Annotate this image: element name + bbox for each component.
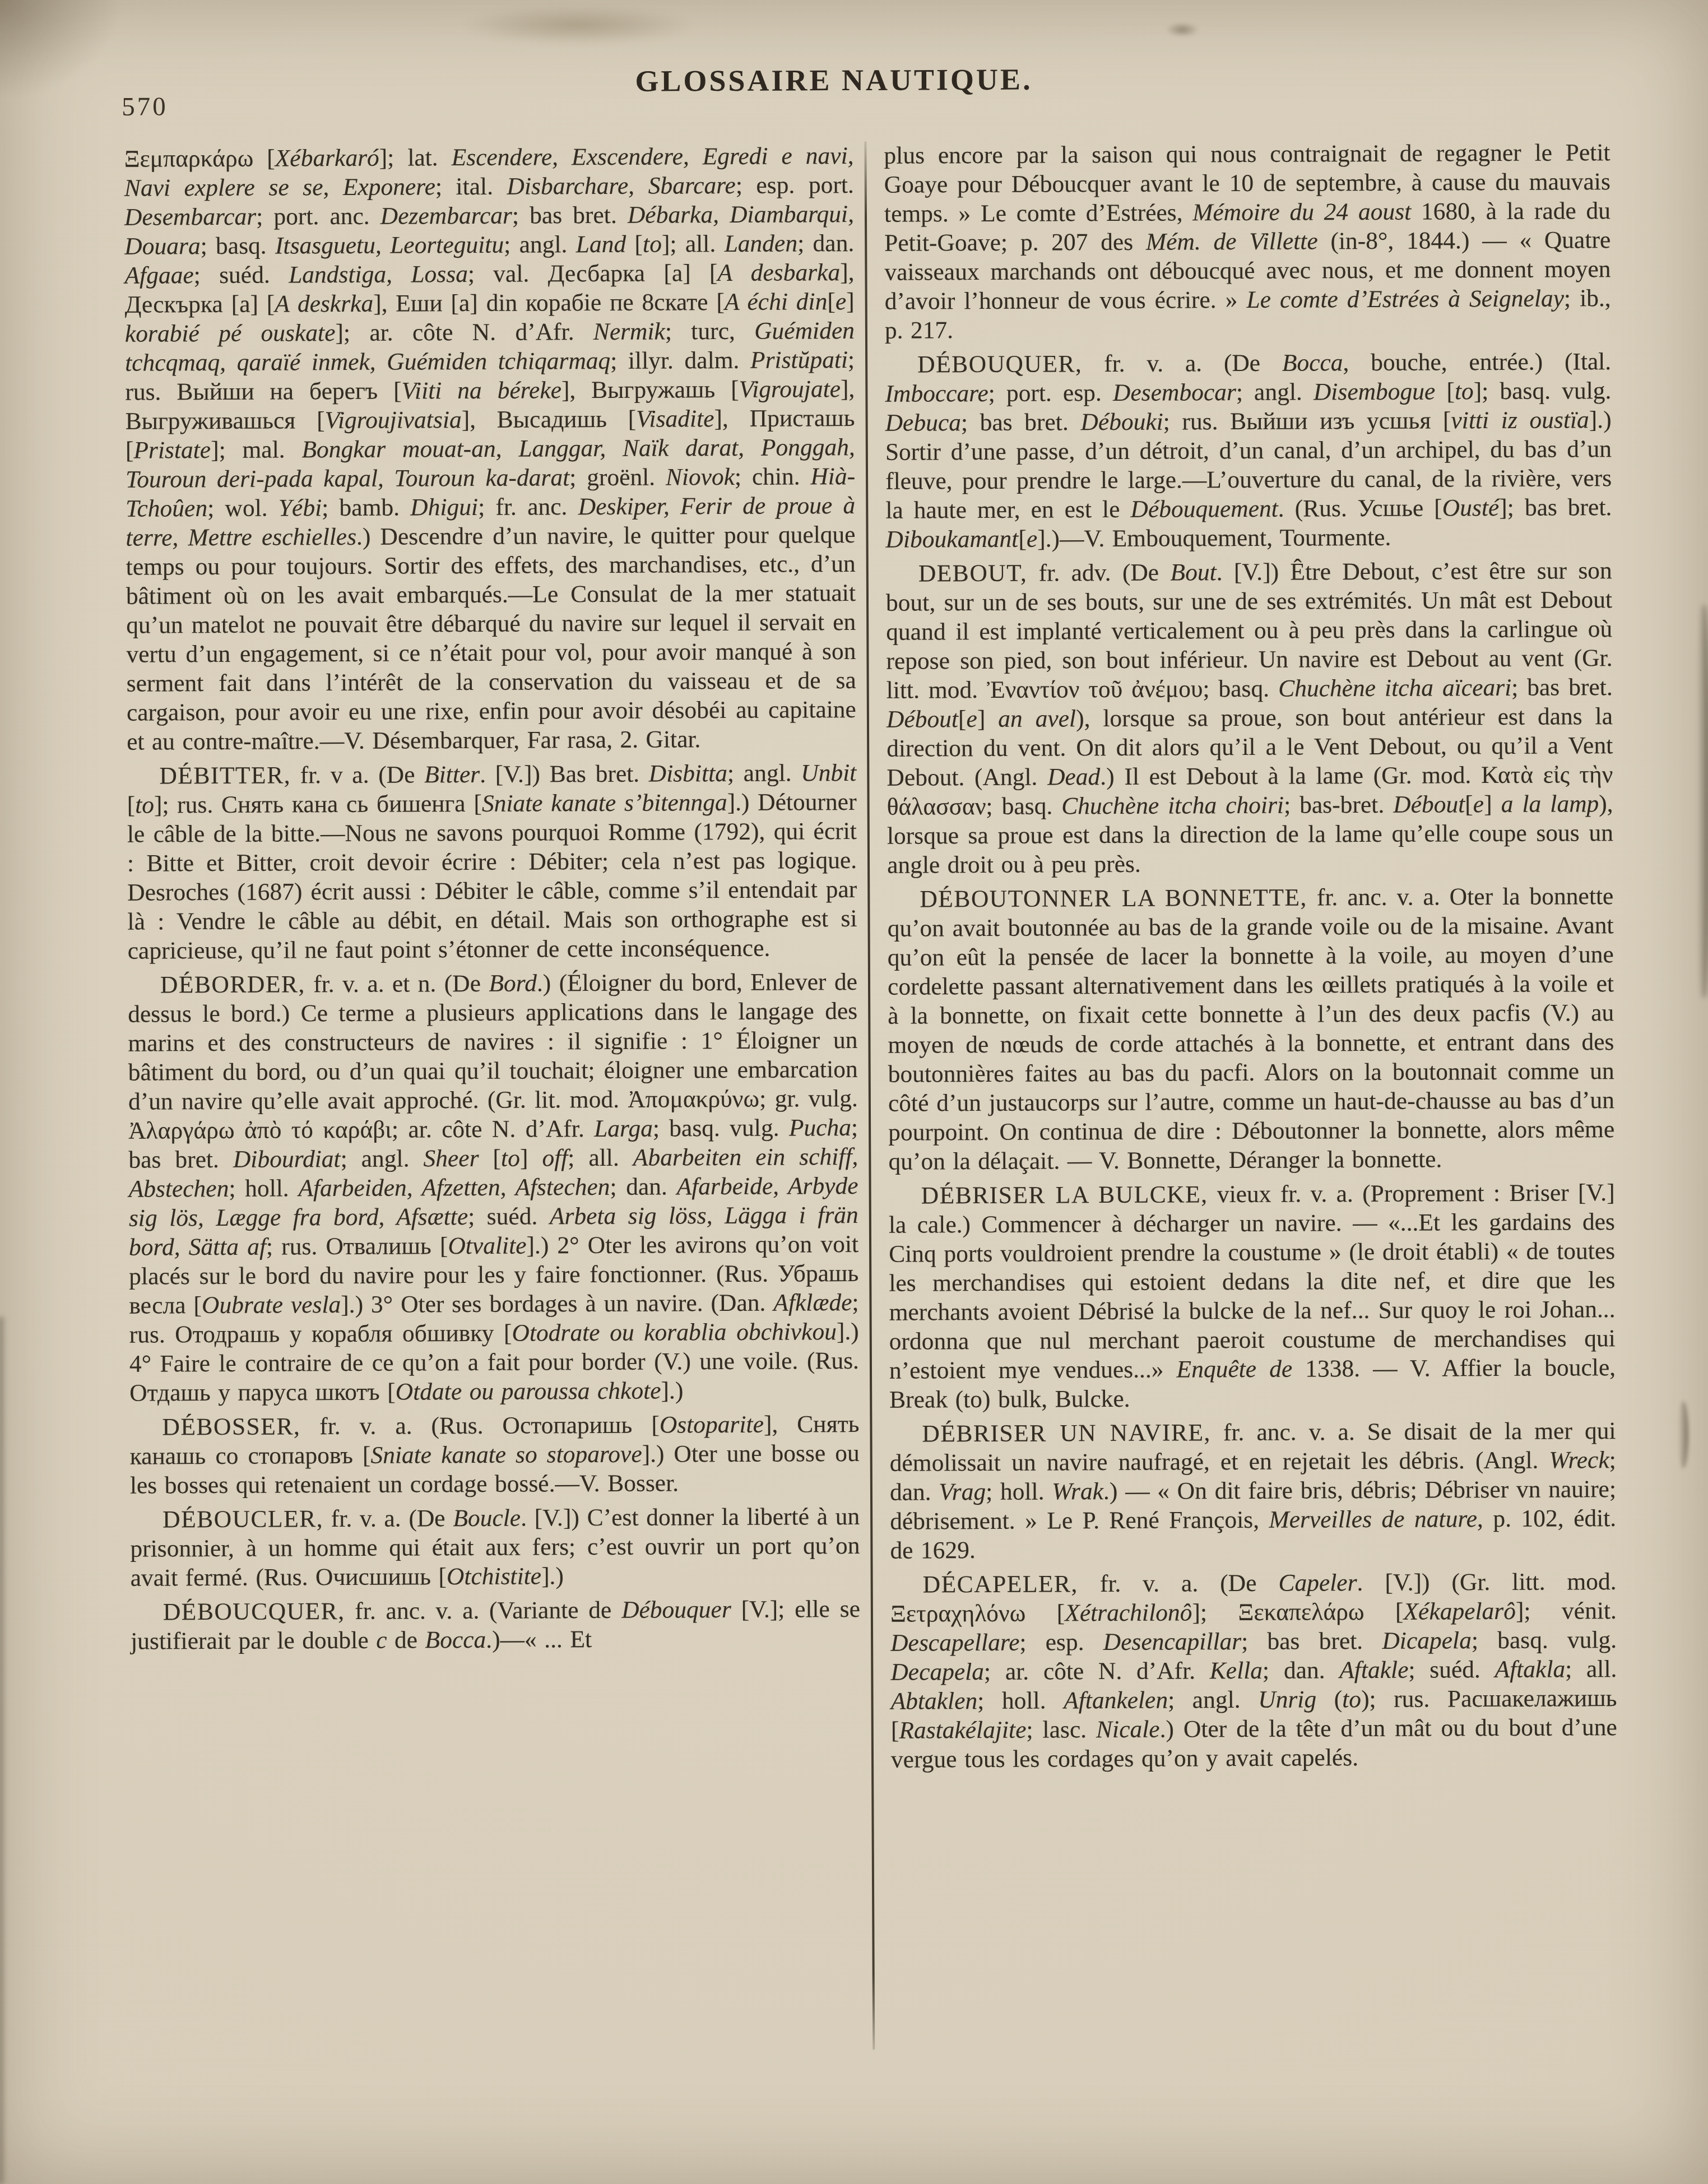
left-text-column: Ξεμπαρκάρω [Xébarkaró]; lat. Escendere, …: [124, 141, 860, 1661]
entry-headword: DÉBOSSER,: [162, 1413, 300, 1440]
entry-paragraph: DÉBRISER LA BULCKE, vieux fr. v. a. (Pro…: [889, 1178, 1616, 1415]
entry-headword: DÉBRISER UN NAVIRE,: [922, 1419, 1211, 1447]
entry-headword: DÉBOUCLER,: [163, 1505, 323, 1533]
entry-headword: DEBOUT,: [918, 560, 1028, 587]
page-content: 570 GLOSSAIRE NAUTIQUE. Ξεμπαρκάρω [Xéba…: [0, 0, 1708, 2184]
scanned-book-page: 570 GLOSSAIRE NAUTIQUE. Ξεμπαρκάρω [Xéba…: [0, 0, 1708, 2184]
entry-paragraph: DÉCAPELER, fr. v. a. (De Capeler. [V.]) …: [890, 1567, 1618, 1774]
entry-paragraph: DÉBORDER, fr. v. a. et n. (De Bord.) (Él…: [128, 967, 859, 1408]
entry-headword: DÉBITTER,: [159, 762, 291, 789]
entry-headword: DÉBOUQUER,: [917, 350, 1082, 378]
entry-paragraph: DEBOUT, fr. adv. (De Bout. [V.]) Être De…: [886, 556, 1613, 880]
right-text-column: plus encore par la saison qui nous contr…: [884, 138, 1617, 1779]
entry-paragraph: DÉBOUTONNER LA BONNETTE, fr. anc. v. a. …: [887, 882, 1614, 1176]
entry-paragraph: DÉBOUCQUER, fr. anc. v. a. (Variante de …: [131, 1594, 860, 1656]
entry-paragraph: DÉBOUQUER, fr. v. a. (De Bocca, bouche, …: [885, 347, 1612, 554]
entry-paragraph: DÉBITTER, fr. v a. (De Bitter. [V.]) Bas…: [127, 758, 857, 966]
entry-paragraph: DÉBOSSER, fr. v. a. (Rus. Остопаришь [Os…: [129, 1409, 860, 1500]
entry-headword: DÉBOUTONNER LA BONNETTE,: [920, 884, 1307, 912]
column-divider-rule: [864, 141, 875, 2050]
entry-paragraph: DÉBOUCLER, fr. v. a. (De Boucle. [V.]) C…: [130, 1502, 860, 1593]
entry-headword: DÉBOUCQUER,: [163, 1598, 345, 1625]
entry-paragraph: plus encore par la saison qui nous contr…: [884, 138, 1611, 345]
entry-paragraph: DÉBRISER UN NAVIRE, fr. anc. v. a. Se di…: [889, 1416, 1616, 1565]
entry-headword: DÉCAPELER,: [923, 1570, 1078, 1598]
entry-headword: DÉBORDER,: [160, 971, 305, 998]
running-title: GLOSSAIRE NAUTIQUE.: [0, 59, 1672, 101]
entry-headword: DÉBRISER LA BULCKE,: [921, 1181, 1208, 1209]
entry-paragraph: Ξεμπαρκάρω [Xébarkaró]; lat. Escendere, …: [124, 141, 856, 757]
